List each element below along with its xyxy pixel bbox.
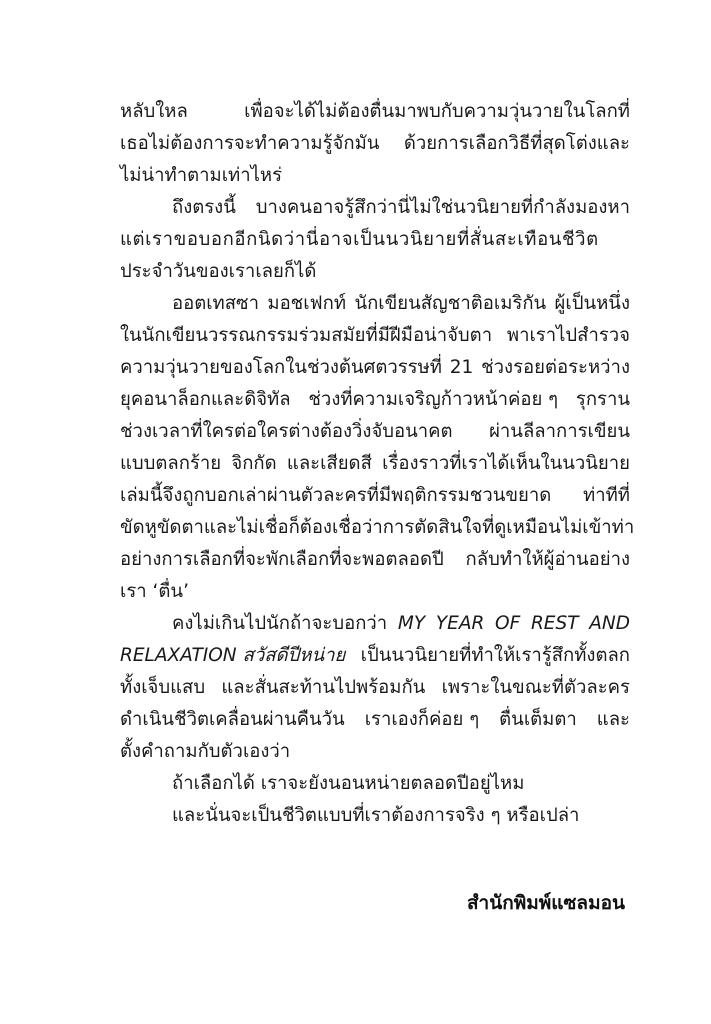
text-segment: ตื่นเต็มตา: [499, 704, 577, 736]
text-segment: เล่มนี้จึงถูกบอกเล่าผ่านตัวละครที่มีพฤติ…: [120, 480, 551, 512]
text-segment: ถึงตรงนี้: [172, 192, 236, 224]
text-segment: เราเองก็ค่อย ๆ: [365, 704, 479, 736]
text-segment: ทั้งเจ็บแสบ: [120, 672, 205, 704]
text-segment: ออตเทสซา: [172, 288, 259, 320]
text-segment: ด้วยการเลือกวิธีที่สุดโต่งและ: [404, 128, 630, 160]
text-segment: ในนักเขียนวรรณกรรมร่วมสมัยที่มีฝีมือน่าจ…: [120, 320, 492, 352]
text-segment: เธอไม่ต้องการจะทำความรู้จักมัน: [120, 128, 379, 160]
text-line: เรา ‘ตื่น’: [120, 576, 630, 608]
text-line: RELAXATION สวัสดีปีหน่าย เป็นนวนิยายที่ท…: [120, 640, 630, 672]
book-title-english: MY: [398, 608, 425, 640]
book-title: RELAXATION สวัสดีปีหน่าย: [120, 640, 345, 672]
text-segment: นักเขียนสัญชาติอเมริกัน: [354, 288, 546, 320]
question-line: และนั่นจะเป็นชีวิตแบบที่เราต้องการจริง ๆ…: [120, 800, 630, 832]
paragraph-start-line: ออตเทสซา มอชเฟกท์ นักเขียนสัญชาติอเมริกั…: [120, 288, 630, 320]
text-segment: เรื่องราวที่เราได้เห็นในนวนิยาย: [382, 448, 630, 480]
text-line: แบบตลกร้าย จิกกัด และเสียดสี เรื่องราวที…: [120, 448, 630, 480]
text-line: ยุคอนาล็อกและดิจิทัล ช่วงที่ความเจริญก้า…: [120, 384, 630, 416]
text-segment: ประจำวันของเราเลยก็ได้: [120, 256, 316, 288]
text-line: ในนักเขียนวรรณกรรมร่วมสมัยที่มีฝีมือน่าจ…: [120, 320, 630, 352]
text-segment: ตั้งคำถามกับตัวเองว่า: [120, 736, 290, 768]
text-segment: บางคนอาจรู้สึกว่านี่ไม่ใช่นวนิยายที่กำลั…: [256, 192, 630, 224]
text-line: ช่วงเวลาที่ใครต่อใครต่างต้องวิ่งจับอนาคต…: [120, 416, 630, 448]
text-segment: เพื่อจะได้ไม่ต้องตื่นมาพบกับความวุ่นวายใ…: [244, 96, 630, 128]
text-segment: ขัดหูขัดตา: [120, 512, 204, 544]
text-line: เธอไม่ต้องการจะทำความรู้จักมัน ด้วยการเล…: [120, 128, 630, 160]
text-segment: อย่างการเลือกที่จะพักเลือกที่จะพอตลอดปี: [120, 544, 444, 576]
text-segment: เป็นนวนิยายที่ทำให้เรารู้สึกทั้งตลก: [361, 640, 630, 672]
text-segment: ผ่านลีลาการเขียน: [489, 416, 630, 448]
text-line: ตั้งคำถามกับตัวเองว่า: [120, 736, 630, 768]
text-segment: กลับทำให้ผู้อ่านอย่าง: [466, 544, 630, 576]
text-line: หลับใหล เพื่อจะได้ไม่ต้องตื่นมาพบกับความ…: [120, 96, 630, 128]
text-segment: มอชเฟกท์: [267, 288, 346, 320]
text-line: ประจำวันของเราเลยก็ได้: [120, 256, 630, 288]
question-line: ถ้าเลือกได้ เราจะยังนอนหน่ายตลอดปีอยู่ไห…: [120, 768, 630, 800]
text-segment: รุกราน: [576, 384, 630, 416]
text-segment: แบบตลกร้าย: [120, 448, 221, 480]
book-title-english: AND: [589, 608, 630, 640]
paragraph-start-line: คงไม่เกินไปนักถ้าจะบอกว่า MY YEAR OF RES…: [120, 608, 630, 640]
text-line: ดำเนินชีวิตเคลื่อนผ่านคืนวัน เราเองก็ค่อ…: [120, 704, 630, 736]
text-segment: หลับใหล: [120, 96, 188, 128]
text-line: ขัดหูขัดตา และไม่เชื่อก็ต้องเชื่อว่าการต…: [120, 512, 630, 544]
text-segment: เพราะในขณะที่ตัวละคร: [442, 672, 630, 704]
document-body: หลับใหล เพื่อจะได้ไม่ต้องตื่นมาพบกับความ…: [120, 96, 630, 832]
text-segment: ท่าทีที่: [583, 480, 630, 512]
text-segment: และ: [597, 704, 630, 736]
text-segment: คงไม่เกินไปนักถ้าจะบอกว่า: [172, 608, 387, 640]
text-segment: จิกกัด: [231, 448, 276, 480]
text-segment: ไม่น่าทำตามเท่าไหร่: [120, 160, 282, 192]
text-segment: และสั่นสะท้านไปพร้อมกัน: [221, 672, 425, 704]
text-line: ความวุ่นวายของโลกในช่วงต้นศตวรรษที่ 21 ช…: [120, 352, 630, 384]
text-segment: ช่วงที่ความเจริญก้าวหน้าค่อย ๆ: [308, 384, 558, 416]
text-segment: แต่เราขอบอกอีกนิดว่านี่อาจเป็นนวนิยายที่…: [120, 224, 599, 256]
text-segment: 21: [450, 352, 474, 384]
publisher-signature: สำนักพิมพ์แซลมอน: [467, 887, 625, 919]
text-line: แต่เราขอบอกอีกนิดว่านี่อาจเป็นนวนิยายที่…: [120, 224, 630, 256]
text-line: ทั้งเจ็บแสบ และสั่นสะท้านไปพร้อมกัน เพรา…: [120, 672, 630, 704]
book-title-english: OF: [495, 608, 520, 640]
text-segment: ความวุ่นวายของโลกในช่วงต้นศตวรรษที่: [120, 352, 442, 384]
text-segment: ถ้าเลือกได้ เราจะยังนอนหน่ายตลอดปีอยู่ไห…: [172, 768, 524, 800]
text-line: อย่างการเลือกที่จะพักเลือกที่จะพอตลอดปี …: [120, 544, 630, 576]
book-title-english: YEAR: [436, 608, 485, 640]
text-segment: และไม่เชื่อก็ต้องเชื่อว่าการตัดสินใจที่ด…: [204, 512, 634, 544]
book-title-english: REST: [531, 608, 579, 640]
text-segment: พาเราไปสำรวจ: [507, 320, 630, 352]
text-segment: เรา ‘ตื่น’: [120, 576, 189, 608]
text-line: ไม่น่าทำตามเท่าไหร่: [120, 160, 630, 192]
text-segment: และเสียดสี: [287, 448, 372, 480]
text-segment: และนั่นจะเป็นชีวิตแบบที่เราต้องการจริง ๆ…: [172, 800, 579, 832]
paragraph-start-line: ถึงตรงนี้ บางคนอาจรู้สึกว่านี่ไม่ใช่นวนิ…: [120, 192, 630, 224]
text-line: เล่มนี้จึงถูกบอกเล่าผ่านตัวละครที่มีพฤติ…: [120, 480, 630, 512]
text-segment: ผู้เป็นหนึ่ง: [555, 288, 630, 320]
text-segment: ช่วงเวลาที่ใครต่อใครต่างต้องวิ่งจับอนาคต: [120, 416, 453, 448]
text-segment: ช่วงรอยต่อระหว่าง: [481, 352, 630, 384]
text-segment: ยุคอนาล็อกและดิจิทัล: [120, 384, 291, 416]
text-segment: ดำเนินชีวิตเคลื่อนผ่านคืนวัน: [120, 704, 345, 736]
